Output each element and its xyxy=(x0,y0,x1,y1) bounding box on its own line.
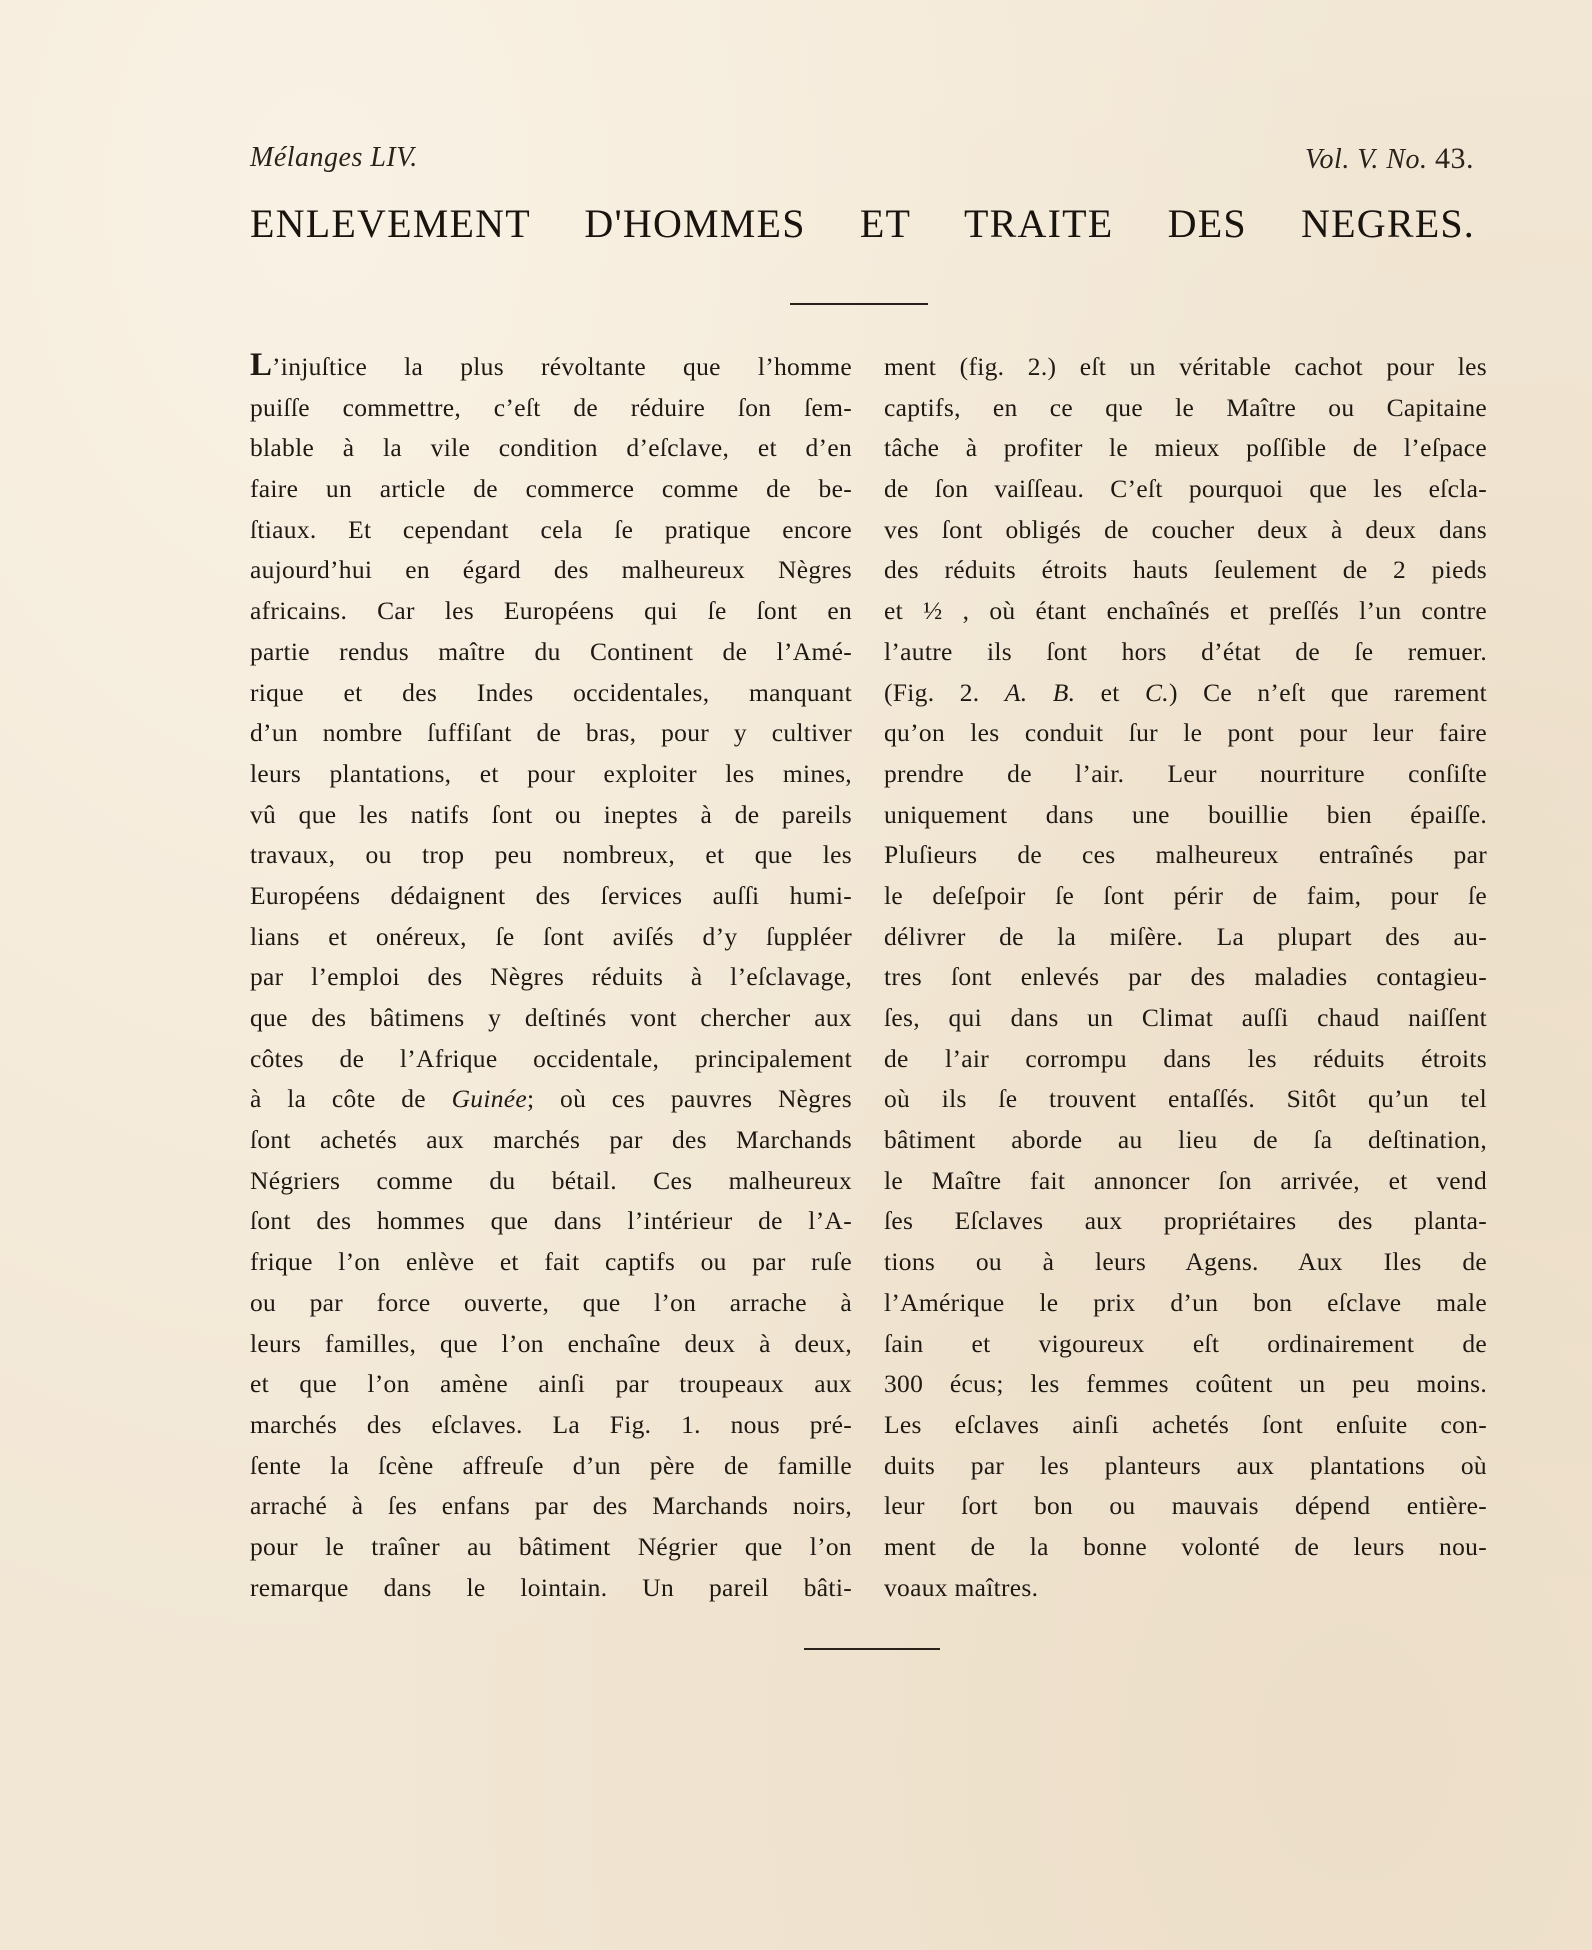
text-line: ſont achetés aux marchés par des Marchan… xyxy=(250,1120,852,1161)
text-line: pour le traîner au bâtiment Négrier que … xyxy=(250,1527,852,1568)
text-line: et ½ , où étant enchaînés et preſſés l’u… xyxy=(884,591,1487,632)
text-line: tâche à profiter le mieux poſſible de l’… xyxy=(884,428,1487,469)
text-line: de l’air corrompu dans les réduits étroi… xyxy=(884,1039,1487,1080)
text-line: où ils ſe trouvent entaſſés. Sitôt qu’un… xyxy=(884,1079,1487,1120)
text-line: ſente la ſcène affreuſe d’un père de fam… xyxy=(250,1446,852,1487)
volume-label: Vol. V. No. xyxy=(1305,144,1427,175)
text-line: ves ſont obligés de coucher deux à deux … xyxy=(884,510,1487,551)
text-line: remarque dans le lointain. Un pareil bât… xyxy=(250,1568,852,1609)
text-line: à la côte de Guinée; où ces pauvres Nègr… xyxy=(250,1079,852,1120)
text-line: captifs, en ce que le Maître ou Capitain… xyxy=(884,388,1487,429)
text-line: Pluſieurs de ces malheureux entraînés pa… xyxy=(884,835,1487,876)
text-line: leurs familles, que l’on enchaîne deux à… xyxy=(250,1324,852,1365)
text-line: ment de la bonne volonté de leurs nou- xyxy=(884,1527,1487,1568)
text-line: et que l’on amène ainſi par troupeaux au… xyxy=(250,1364,852,1405)
text-line: tions ou à leurs Agens. Aux Iles de xyxy=(884,1242,1487,1283)
drop-cap: L xyxy=(250,347,272,383)
article-title: ENLEVEMENT D'HOMMES ET TRAITE DES NEGRES… xyxy=(250,200,1475,247)
text-line: le Maître fait annoncer ſon arrivée, et … xyxy=(884,1161,1487,1202)
text-line: aujourd’hui en égard des malheureux Nègr… xyxy=(250,550,852,591)
figure-ref-c: C. xyxy=(1145,678,1169,707)
text-line: prendre de l’air. Leur nourriture conſiſ… xyxy=(884,754,1487,795)
text-line: travaux, ou trop peu nombreux, et que le… xyxy=(250,835,852,876)
left-text-column: L’injuſtice la plus révoltante que l’hom… xyxy=(250,347,852,1608)
text-line: par l’emploi des Nègres réduits à l’eſcl… xyxy=(250,957,852,998)
text-line: partie rendus maître du Continent de l’A… xyxy=(250,632,852,673)
text-line: lians et onéreux, ſe ſont aviſés d’y ſup… xyxy=(250,917,852,958)
text-line: Européens dédaignent des ſervices auſſi … xyxy=(250,876,852,917)
text-line: duits par les planteurs aux plantations … xyxy=(884,1446,1487,1487)
text-line: leurs plantations, et pour exploiter les… xyxy=(250,754,852,795)
text-line: le deſeſpoir ſe ſont périr de faim, pour… xyxy=(884,876,1487,917)
text-line: ou par force ouverte, que l’on arrache à xyxy=(250,1283,852,1324)
text-line: ſes, qui dans un Climat auſſi chaud naiſ… xyxy=(884,998,1487,1039)
text-line: ſont des hommes que dans l’intérieur de … xyxy=(250,1201,852,1242)
right-text-column: ment (fig. 2.) eſt un véritable cachot p… xyxy=(884,347,1487,1608)
figure-ref-ab: A. B. xyxy=(1005,678,1075,707)
text-line: faire un article de commerce comme de be… xyxy=(250,469,852,510)
text-line: frique l’on enlève et fait captifs ou pa… xyxy=(250,1242,852,1283)
document-page: Mélanges LIV. Vol. V. No. 43. ENLEVEMENT… xyxy=(0,0,1592,1950)
text-line: qu’on les conduit ſur le pont pour leur … xyxy=(884,713,1487,754)
text-line: voaux maîtres. xyxy=(884,1568,1487,1609)
text-line: (Fig. 2. A. B. et C.) Ce n’eſt que rarem… xyxy=(884,673,1487,714)
text-line: ſain et vigoureux eſt ordinairement de xyxy=(884,1324,1487,1365)
end-divider-rule xyxy=(804,1648,940,1650)
text-line: blable à la vile condition d’eſclave, et… xyxy=(250,428,852,469)
text-line: arraché à ſes enfans par des Marchands n… xyxy=(250,1486,852,1527)
place-name-guinee: Guinée xyxy=(452,1084,527,1113)
text-line: délivrer de la miſère. La plupart des au… xyxy=(884,917,1487,958)
text-line: ment (fig. 2.) eſt un véritable cachot p… xyxy=(884,347,1487,388)
text-line: Les eſclaves ainſi achetés ſont enſuite … xyxy=(884,1405,1487,1446)
running-head-series: Mélanges LIV. xyxy=(250,142,418,174)
text-line: leur ſort bon ou mauvais dépend entière- xyxy=(884,1486,1487,1527)
text-line: tres ſont enlevés par des maladies conta… xyxy=(884,957,1487,998)
text-line: de ſon vaiſſeau. C’eſt pourquoi que les … xyxy=(884,469,1487,510)
text-line: vû que les natifs ſont ou ineptes à de p… xyxy=(250,795,852,836)
title-divider-rule xyxy=(790,303,928,305)
text-line: L’injuſtice la plus révoltante que l’hom… xyxy=(250,347,852,388)
text-line: marchés des eſclaves. La Fig. 1. nous pr… xyxy=(250,1405,852,1446)
text-line: uniquement dans une bouillie bien épaiſſ… xyxy=(884,795,1487,836)
text-line: côtes de l’Afrique occidentale, principa… xyxy=(250,1039,852,1080)
text-line: que des bâtimens y deſtinés vont cherche… xyxy=(250,998,852,1039)
text-line: des réduits étroits hauts ſeulement de 2… xyxy=(884,550,1487,591)
text-line: l’Amérique le prix d’un bon eſclave male xyxy=(884,1283,1487,1324)
text-line: Négriers comme du bétail. Ces malheureux xyxy=(250,1161,852,1202)
text-line: africains. Car les Européens qui ſe ſont… xyxy=(250,591,852,632)
text-line: rique et des Indes occidentales, manquan… xyxy=(250,673,852,714)
running-head-volume: Vol. V. No. 43. xyxy=(1305,142,1474,176)
text-line: 300 écus; les femmes coûtent un peu moin… xyxy=(884,1364,1487,1405)
text-line: ſtiaux. Et cependant cela ſe pratique en… xyxy=(250,510,852,551)
text-line: l’autre ils ſont hors d’état de ſe remue… xyxy=(884,632,1487,673)
text-line: ſes Eſclaves aux propriétaires des plant… xyxy=(884,1201,1487,1242)
text-line: bâtiment aborde au lieu de ſa deſtinatio… xyxy=(884,1120,1487,1161)
text-line: d’un nombre ſuffiſant de bras, pour y cu… xyxy=(250,713,852,754)
text-line: puiſſe commettre, c’eſt de réduire ſon ſ… xyxy=(250,388,852,429)
issue-number: 43. xyxy=(1435,142,1474,175)
